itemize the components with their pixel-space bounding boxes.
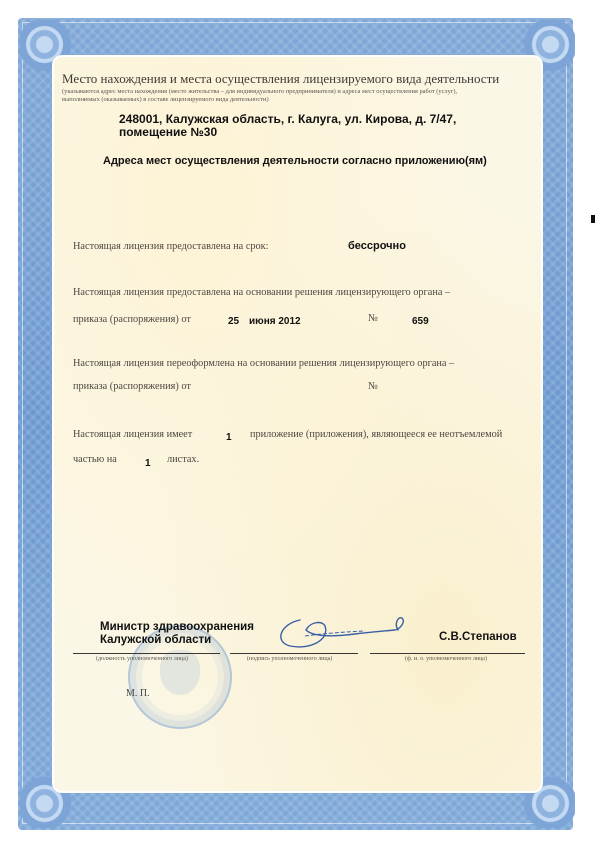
signature-underline [230, 653, 358, 654]
name-caption: (ф. и. о. уполномоченного лица) [405, 656, 487, 662]
reissue-number-label: № [368, 381, 378, 392]
appendix-sheets-suffix: листах. [167, 454, 199, 465]
section-note-line2: выполняемых (оказываемых) в составе лице… [62, 96, 269, 103]
section-note-line1: (указываются адрес места нахождения (мес… [62, 88, 457, 95]
grant-month-year: июня 2012 [249, 316, 301, 327]
scan-mark [591, 215, 595, 223]
signature-caption: (подпись уполномоченного лица) [247, 656, 332, 662]
position-line1: Министр здравоохранения [100, 621, 254, 633]
name-underline [370, 653, 525, 654]
position-line2: Калужской области [100, 634, 211, 646]
signer-name: С.В.Степанов [439, 631, 517, 643]
reissue-line1: Настоящая лицензия переоформлена на осно… [73, 358, 454, 369]
grant-order-label: приказа (распоряжения) от [73, 314, 191, 325]
address-line2: помещение №30 [119, 125, 217, 139]
grant-line1: Настоящая лицензия предоставлена на осно… [73, 287, 450, 298]
appendix-suffix: приложение (приложения), являющееся ее н… [250, 429, 502, 440]
term-label: Настоящая лицензия предоставлена на срок… [73, 241, 269, 252]
appendix-sheets-prefix: частью на [73, 454, 117, 465]
grant-number-label: № [368, 313, 378, 324]
grant-day: 25 [228, 316, 239, 327]
address-line1: 248001, Калужская область, г. Калуга, ул… [119, 112, 456, 126]
term-value: бессрочно [348, 240, 406, 252]
appendix-count: 1 [226, 432, 232, 443]
position-underline [73, 653, 220, 654]
appendix-prefix: Настоящая лицензия имеет [73, 429, 192, 440]
grant-number: 659 [412, 316, 429, 327]
position-caption: (должность уполномоченного лица) [96, 656, 188, 662]
handwritten-signature [270, 612, 420, 652]
section-title: Место нахождения и места осуществления л… [62, 71, 499, 87]
appendix-sheets: 1 [145, 458, 151, 469]
seal-label: М. П. [126, 688, 150, 699]
reissue-order-label: приказа (распоряжения) от [73, 381, 191, 392]
places-note: Адреса мест осуществления деятельности с… [103, 155, 487, 167]
